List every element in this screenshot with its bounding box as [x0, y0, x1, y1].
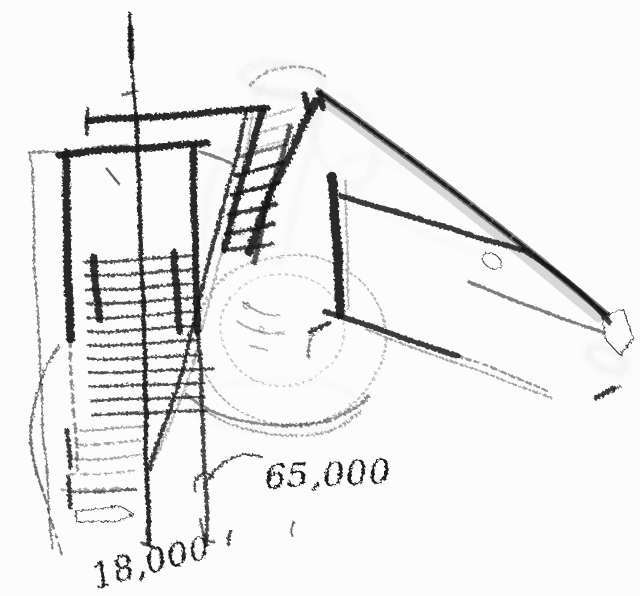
- hatch-line-faint: [80, 426, 150, 430]
- tower-outer-corner: [30, 153, 33, 170]
- lower-left-tick: [67, 430, 70, 467]
- sketch-canvas: 65,000 18,000: [0, 0, 640, 596]
- frame-bottom-beam: [325, 312, 459, 357]
- crossbar-left-hook: [86, 109, 88, 133]
- lower-left-tick: [68, 477, 71, 508]
- hatch-line-faint: [68, 471, 138, 474]
- wheel-scribble: [250, 345, 266, 349]
- wheel-inner-ellipse: [221, 274, 345, 386]
- shaft-apex-dab: [305, 95, 309, 112]
- smudge-patch: [328, 140, 522, 270]
- dimension-label-large: 65,000: [264, 450, 391, 499]
- frame-bottom-fade: [459, 357, 549, 392]
- floor-hatch-group: [85, 256, 212, 415]
- frame-hook: [309, 323, 330, 331]
- tower-right-post-fade: [198, 332, 207, 546]
- floor-hatch-faint-group: [62, 426, 150, 490]
- wheel-outer-ellipse: [197, 255, 387, 425]
- hatch-line: [92, 410, 205, 415]
- leader-curve: [206, 455, 262, 482]
- dimension-arrow-marker: [77, 506, 134, 523]
- smudge-patch: [585, 342, 630, 377]
- tower-left-post: [65, 152, 71, 340]
- tower-outer-left-line: [33, 170, 52, 548]
- sketch-page: 65,000 18,000: [0, 0, 640, 596]
- shaft-top-halo: [250, 66, 325, 85]
- tower-left-post-fade: [71, 340, 77, 470]
- inner-post-left: [93, 256, 98, 318]
- smudge-patch: [239, 58, 327, 101]
- hatch-line-faint: [72, 456, 142, 459]
- tower-top-beam-echo: [200, 152, 234, 165]
- frame-hook-tail: [307, 333, 312, 357]
- mast-top-blob: [131, 28, 133, 58]
- faint-leg-line: [368, 331, 552, 398]
- left-dimension-curve-dashes: [44, 494, 62, 556]
- hatch-line: [90, 367, 212, 373]
- truss-frame-group: [307, 176, 549, 392]
- inner-post-right: [174, 252, 180, 332]
- hatch-line-faint: [76, 441, 146, 444]
- legs-group: [319, 92, 634, 398]
- mast-main-line: [136, 116, 150, 546]
- corner-tick: [107, 169, 118, 183]
- comma-mark: [293, 524, 295, 537]
- crossbar-beam: [87, 108, 267, 121]
- wheel-scribble: [243, 302, 280, 316]
- comma-mark: [229, 531, 231, 546]
